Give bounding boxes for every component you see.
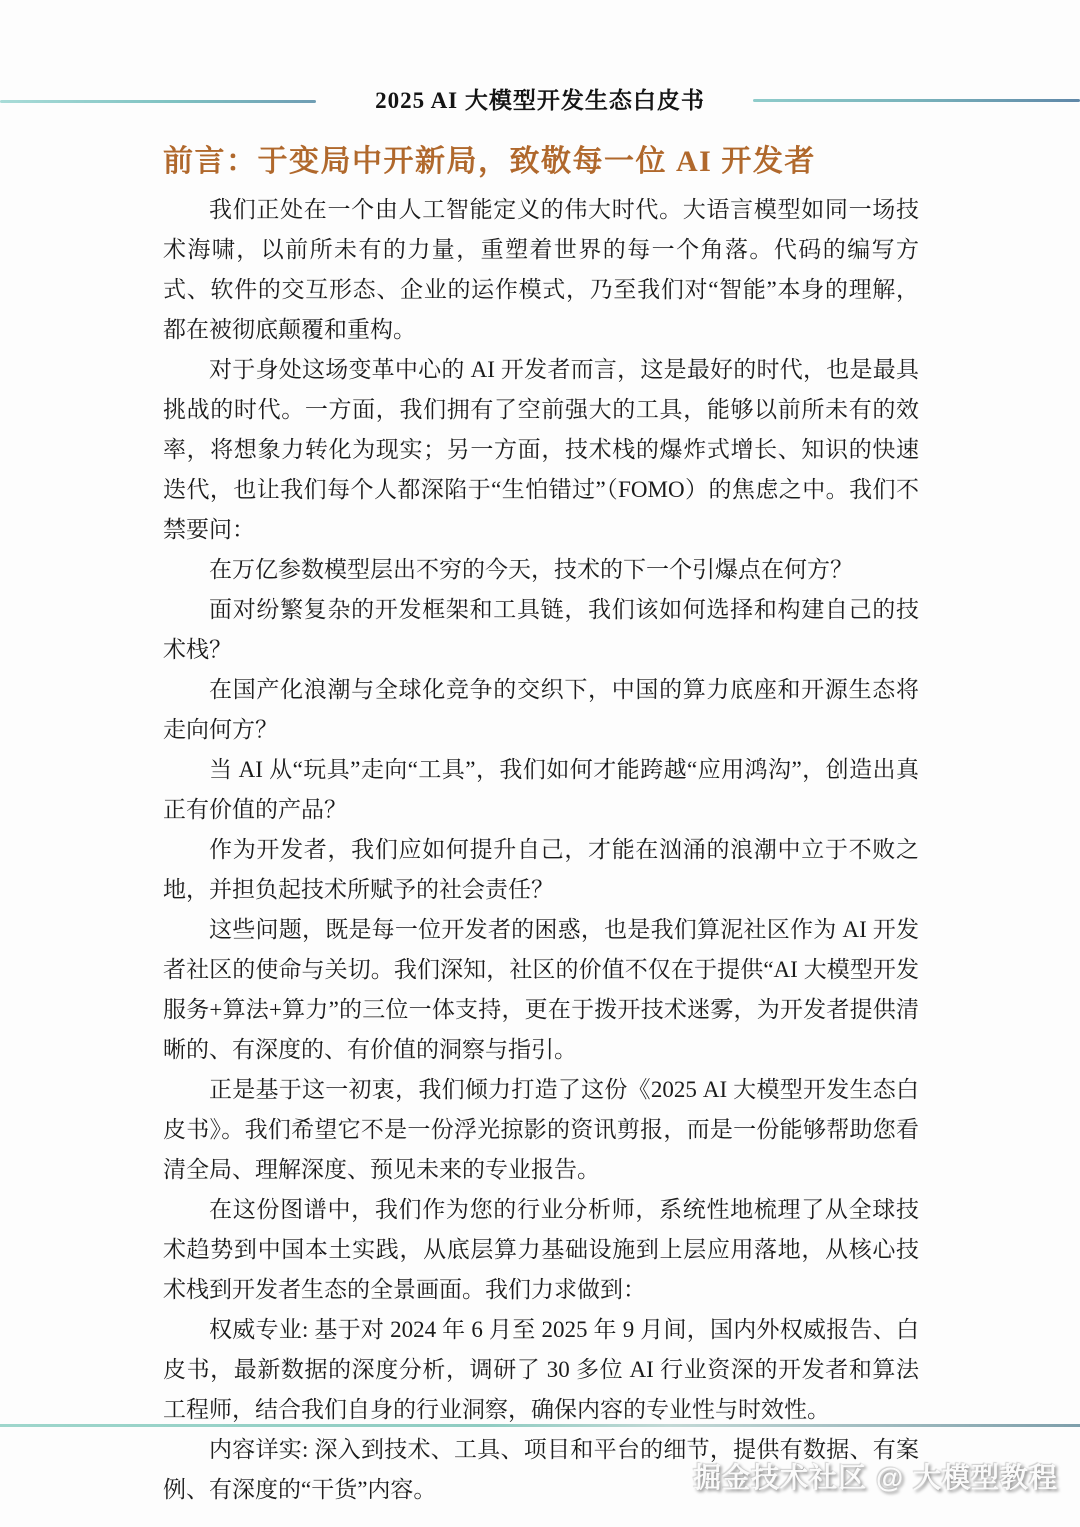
- paragraph: 权威专业: 基于对 2024 年 6 月至 2025 年 9 月间，国内外权威报…: [163, 1310, 919, 1430]
- paragraph-question: 作为开发者，我们应如何提升自己，才能在汹涌的浪潮中立于不败之地，并担负起技术所赋…: [163, 830, 919, 910]
- document-header: 2025 AI 大模型开发生态白皮书: [0, 82, 1080, 115]
- paragraph: 正是基于这一初衷，我们倾力打造了这份《2025 AI 大模型开发生态白皮书》。我…: [163, 1070, 919, 1190]
- paragraph-question: 在万亿参数模型层出不穷的今天，技术的下一个引爆点在何方？: [163, 550, 919, 590]
- paragraph: 我们正处在一个由人工智能定义的伟大时代。大语言模型如同一场技术海啸，以前所未有的…: [163, 190, 919, 350]
- footer-rule: [0, 1424, 1080, 1427]
- preface-heading: 前言：于变局中开新局，致敬每一位 AI 开发者: [163, 136, 816, 180]
- watermark: 掘金技术社区 @ 大模型教程: [693, 1456, 1058, 1496]
- paragraph: 在这份图谱中，我们作为您的行业分析师，系统性地梳理了从全球技术趋势到中国本土实践…: [163, 1190, 919, 1310]
- paragraph: 对于身处这场变革中心的 AI 开发者而言，这是最好的时代，也是最具挑战的时代。一…: [163, 350, 919, 550]
- paragraph-question: 在国产化浪潮与全球化竞争的交织下，中国的算力底座和开源生态将走向何方？: [163, 670, 919, 750]
- paragraph-question: 当 AI 从“玩具”走向“工具”，我们如何才能跨越“应用鸿沟”，创造出真正有价值…: [163, 750, 919, 830]
- paragraph-question: 面对纷繁复杂的开发框架和工具链，我们该如何选择和构建自己的技术栈？: [163, 590, 919, 670]
- body-text: 我们正处在一个由人工智能定义的伟大时代。大语言模型如同一场技术海啸，以前所未有的…: [163, 190, 919, 1510]
- document-page: 2025 AI 大模型开发生态白皮书 前言：于变局中开新局，致敬每一位 AI 开…: [0, 0, 1080, 1527]
- document-title: 2025 AI 大模型开发生态白皮书: [375, 82, 705, 115]
- paragraph: 这些问题，既是每一位开发者的困惑，也是我们算泥社区作为 AI 开发者社区的使命与…: [163, 910, 919, 1070]
